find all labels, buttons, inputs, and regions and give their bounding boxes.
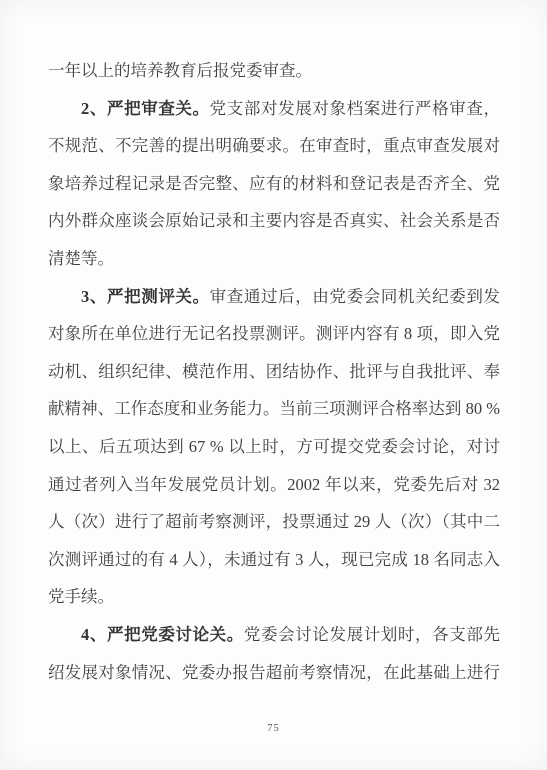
text-block: 一年以上的培养教育后报党委审查。2、严把审查关。党支部对发展对象档案进行严格审查… [48, 52, 500, 691]
text-line: 献精神、工作态度和业务能力。当前三项测评合格率达到 80 % [48, 390, 500, 428]
text-line: 一年以上的培养教育后报党委审查。 [48, 52, 500, 90]
text-line: 4、严把党委讨论关。党委会讨论发展计划时，各支部先介 [48, 616, 500, 654]
paragraph-lead: 2、严把审查关。 [81, 99, 210, 118]
text-line: 2、严把审查关。党支部对发展对象档案进行严格审查，对 [48, 90, 500, 128]
text-line: 以上、后五项达到 67 % 以上时，方可提交党委会讨论，对讨论 [48, 428, 500, 466]
paragraph-lead: 3、严把测评关。 [81, 287, 210, 306]
text-line: 不规范、不完善的提出明确要求。在审查时，重点审查发展对 [48, 127, 500, 165]
paragraph-lead: 4、严把党委讨论关。 [81, 625, 244, 644]
text-line: 象培养过程记录是否完整、应有的材料和登记表是否齐全、党 [48, 165, 500, 203]
text-line: 3、严把测评关。审查通过后，由党委会同机关纪委到发展 [48, 278, 500, 316]
text-line: 党手续。 [48, 578, 500, 616]
text-line: 内外群众座谈会原始记录和主要内容是否真实、社会关系是否 [48, 202, 500, 240]
text-line: 人（次）进行了超前考察测评，投票通过 29 人（次）（其中二 [48, 503, 500, 541]
text-line: 绍发展对象情况、党委办报告超前考察情况，在此基础上进行 [48, 654, 500, 692]
text-line: 次测评通过的有 4 人），未通过有 3 人，现已完成 18 名同志入 [48, 541, 500, 579]
text-line: 通过者列入当年发展党员计划。2002 年以来，党委先后对 32 [48, 466, 500, 504]
page-number: 75 [0, 723, 547, 734]
document-page: 一年以上的培养教育后报党委审查。2、严把审查关。党支部对发展对象档案进行严格审查… [0, 0, 547, 770]
text-line: 清楚等。 [48, 240, 500, 278]
text-line: 动机、组织纪律、模范作用、团结协作、批评与自我批评、奉 [48, 353, 500, 391]
text-line: 对象所在单位进行无记名投票测评。测评内容有 8 项，即入党 [48, 315, 500, 353]
